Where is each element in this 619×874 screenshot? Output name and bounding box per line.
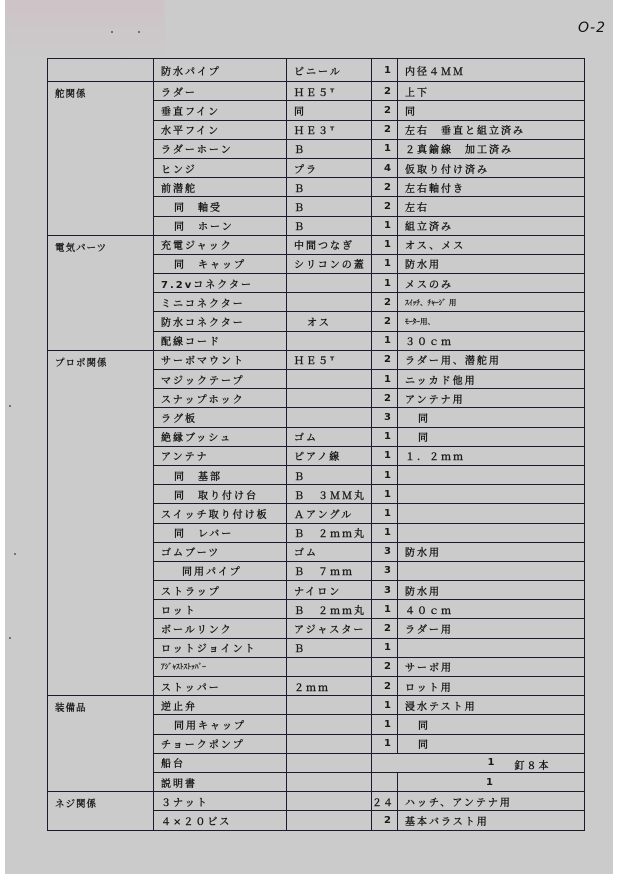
- material-cell: Ｂ: [287, 216, 372, 235]
- part-name-cell: 同 レバー: [154, 523, 287, 542]
- note-cell: 同: [398, 408, 585, 427]
- note-cell: 同: [398, 101, 585, 120]
- qty-cell: 1: [372, 600, 398, 619]
- part-name-cell: ラダー: [154, 82, 287, 101]
- material-cell: 同: [287, 101, 372, 120]
- material-cell: Ｂ: [287, 139, 372, 158]
- page-number: O-2: [578, 20, 606, 36]
- qty-cell: 1: [372, 370, 398, 389]
- note-cell: 浸水テスト用: [398, 696, 585, 715]
- qty-cell: 2: [372, 350, 398, 369]
- qty-cell: 1: [372, 274, 398, 293]
- part-name-cell: ロット: [154, 600, 287, 619]
- qty-cell: 2: [372, 312, 398, 331]
- note-cell: 木材1釘８本: [398, 753, 585, 772]
- part-name-cell: 絶縁ブッシュ: [154, 427, 287, 446]
- material-cell: Ａアングル: [287, 504, 372, 523]
- note-cell: アンテナ用: [398, 389, 585, 408]
- qty-cell: 2: [372, 101, 398, 120]
- qty-cell: 2: [372, 389, 398, 408]
- qty-cell: 3: [372, 581, 398, 600]
- qty-cell: 1: [372, 254, 398, 273]
- qty-cell: [372, 772, 398, 791]
- qty-cell: 1: [372, 59, 398, 82]
- material-cell: ナイロン: [287, 581, 372, 600]
- part-name-cell: 防水パイプ: [154, 59, 287, 82]
- note-cell: オス、メス: [398, 235, 585, 254]
- qty-cell: 3: [372, 561, 398, 580]
- qty-cell: 2: [372, 293, 398, 312]
- part-name-cell: 同 軸受: [154, 197, 287, 216]
- material-cell: プラ: [287, 158, 372, 177]
- category-cell: 舵関係: [48, 82, 154, 236]
- qty-cell: 1: [372, 216, 398, 235]
- material-cell: Ｂ ７ｍｍ: [287, 561, 372, 580]
- note-cell: 仮取り付け済み: [398, 158, 585, 177]
- material-cell: ＨＥ５ᵀ: [287, 350, 372, 369]
- material-cell: ＨＥ３ᵀ: [287, 120, 372, 139]
- part-name-cell: ｱｼﾞｬｽﾄｽﾄｯﾊﾟｰ: [154, 657, 287, 676]
- scan-speck: [9, 405, 11, 407]
- material-cell: [287, 408, 372, 427]
- part-name-cell: 垂直フイン: [154, 101, 287, 120]
- part-name-cell: スナップホック: [154, 389, 287, 408]
- note-cell: [398, 638, 585, 657]
- part-name-cell: 逆止弁: [154, 696, 287, 715]
- qty-cell: 2: [372, 82, 398, 101]
- qty-cell: 1: [372, 485, 398, 504]
- part-name-cell: アンテナ: [154, 446, 287, 465]
- table-row: ネジ関係３ナット２４ハッチ、アンテナ用: [48, 792, 585, 811]
- category-cell: [48, 59, 154, 82]
- note-cell: １．２ｍｍ: [398, 446, 585, 465]
- part-name-cell: 同 取り付け台: [154, 485, 287, 504]
- part-name-cell: ゴムブーツ: [154, 542, 287, 561]
- material-cell: Ｂ: [287, 465, 372, 484]
- note-cell: ロット用: [398, 677, 585, 696]
- note-cell: [398, 523, 585, 542]
- qty-cell: 2: [372, 120, 398, 139]
- material-cell: ゴム: [287, 542, 372, 561]
- note-cell: ４０ｃｍ: [398, 600, 585, 619]
- material-cell: [287, 772, 372, 791]
- material-cell: ２ｍｍ: [287, 677, 372, 696]
- material-cell: シリコンの蓋: [287, 254, 372, 273]
- qty-cell: 1: [372, 696, 398, 715]
- qty-cell: 1: [372, 427, 398, 446]
- scan-speck: [111, 31, 113, 33]
- qty-cell: 3: [372, 408, 398, 427]
- scan-shading: [5, 0, 165, 60]
- qty-cell: 2: [372, 178, 398, 197]
- part-name-cell: ヒンジ: [154, 158, 287, 177]
- scan-speck: [9, 637, 11, 639]
- note-cell: ２真鍮線 加工済み: [398, 139, 585, 158]
- note-cell: 上下: [398, 82, 585, 101]
- table-row: 装備品逆止弁1浸水テスト用: [48, 696, 585, 715]
- note-cell: [398, 485, 585, 504]
- part-name-cell: ラグ板: [154, 408, 287, 427]
- material-cell: [287, 792, 372, 811]
- qty-cell: 1: [372, 446, 398, 465]
- table-row: プロポ関係サーボマウントＨＥ５ᵀ2ラダー用、潜舵用: [48, 350, 585, 369]
- qty-cell: 1: [372, 523, 398, 542]
- qty-cell: 1: [372, 504, 398, 523]
- qty-cell: 4: [372, 158, 398, 177]
- note-cell: ラダー用: [398, 619, 585, 638]
- table-row: 電気パーツ充電ジャック中間つなぎ1オス、メス: [48, 235, 585, 254]
- part-name-cell: ストッパー: [154, 677, 287, 696]
- qty-cell: 1: [372, 734, 398, 753]
- qty-cell: 2: [372, 619, 398, 638]
- material-cell: [287, 274, 372, 293]
- qty-text: 1: [488, 757, 497, 768]
- material-cell: [287, 811, 372, 830]
- part-name-cell: 同 基部: [154, 465, 287, 484]
- note-cell: 防水用: [398, 542, 585, 561]
- note-cell: サーボ用: [398, 657, 585, 676]
- material-cell: [287, 370, 372, 389]
- note-cell: 同: [398, 734, 585, 753]
- table-row: 舵関係ラダーＨＥ５ᵀ2上下: [48, 82, 585, 101]
- part-name-cell: 水平フイン: [154, 120, 287, 139]
- category-cell: プロポ関係: [48, 350, 154, 695]
- note-cell: 左右軸付き: [398, 178, 585, 197]
- category-cell: ネジ関係: [48, 792, 154, 830]
- material-cell: ビニール: [287, 59, 372, 82]
- part-name-cell: ４×２０ビス: [154, 811, 287, 830]
- material-cell: [287, 753, 372, 772]
- note-cell: ｽｲｯﾁ、ﾁｬｰｼﾞ 用: [398, 293, 585, 312]
- parts-table-body: 防水パイプビニール1内径４ＭＭ舵関係ラダーＨＥ５ᵀ2上下垂直フイン同2同水平フイ…: [48, 59, 585, 831]
- part-name-cell: サーボマウント: [154, 350, 287, 369]
- material-cell: オス: [287, 312, 372, 331]
- material-cell: [287, 715, 372, 734]
- part-name-cell: マジックテープ: [154, 370, 287, 389]
- note-cell: 同: [398, 427, 585, 446]
- part-name-cell: ３ナット: [154, 792, 287, 811]
- part-name-cell: 防水コネクター: [154, 312, 287, 331]
- part-name-cell: スイッチ取り付け板: [154, 504, 287, 523]
- note-cell: 内径４ＭＭ: [398, 59, 585, 82]
- category-cell: 電気パーツ: [48, 235, 154, 350]
- material-cell: Ｂ: [287, 178, 372, 197]
- qty-cell: 1: [372, 465, 398, 484]
- category-cell: 装備品: [48, 696, 154, 792]
- parts-list-table: 防水パイプビニール1内径４ＭＭ舵関係ラダーＨＥ５ᵀ2上下垂直フイン同2同水平フイ…: [47, 58, 585, 831]
- note-cell: メスのみ: [398, 274, 585, 293]
- part-name-cell: ストラップ: [154, 581, 287, 600]
- part-name-cell: 前潜舵: [154, 178, 287, 197]
- note-cell: ﾓｰﾀｰ用、: [398, 312, 585, 331]
- material-cell: Ｂ: [287, 638, 372, 657]
- note-cell: 防水用: [398, 254, 585, 273]
- part-name-cell: チョークポンプ: [154, 734, 287, 753]
- qty-cell: ２４: [372, 792, 398, 811]
- material-cell: Ｂ ３ＭＭ丸: [287, 485, 372, 504]
- note-cell: ３０ｃｍ: [398, 331, 585, 350]
- material-cell: [287, 331, 372, 350]
- material-cell: [287, 389, 372, 408]
- part-name-cell: 7.2vコネクター: [154, 274, 287, 293]
- note-cell: 同: [398, 715, 585, 734]
- material-cell: [287, 696, 372, 715]
- note-cell: 左右: [398, 197, 585, 216]
- qty-cell: 1: [372, 139, 398, 158]
- qty-text: 1: [486, 777, 495, 788]
- table-row: 防水パイプビニール1内径４ＭＭ: [48, 59, 585, 82]
- scan-speck: [14, 553, 16, 555]
- part-name-cell: 船台: [154, 753, 287, 772]
- part-name-cell: 同 ホーン: [154, 216, 287, 235]
- part-name-cell: 同用キャップ: [154, 715, 287, 734]
- note-cell: ハッチ、アンテナ用: [398, 792, 585, 811]
- part-name-cell: 説明書: [154, 772, 287, 791]
- material-cell: ＨＥ５ᵀ: [287, 82, 372, 101]
- note-cell: 基本バラスト用: [398, 811, 585, 830]
- material-cell: Ｂ: [287, 197, 372, 216]
- material-cell: アジャスター: [287, 619, 372, 638]
- material-cell: Ｂ ２ｍｍ丸: [287, 523, 372, 542]
- qty-cell: 1: [372, 715, 398, 734]
- part-name-cell: ロットジョイント: [154, 638, 287, 657]
- qty-cell: 1: [372, 235, 398, 254]
- qty-cell: 2: [372, 197, 398, 216]
- qty-cell: 2: [372, 677, 398, 696]
- note-cell: [398, 504, 585, 523]
- part-name-cell: ラダーホーン: [154, 139, 287, 158]
- material-cell: 中間つなぎ: [287, 235, 372, 254]
- note-text: 釘８本: [515, 757, 551, 772]
- note-cell: ニッカド他用: [398, 370, 585, 389]
- part-name-cell: 配線コード: [154, 331, 287, 350]
- material-cell: Ｂ ２ｍｍ丸: [287, 600, 372, 619]
- note-cell: [398, 561, 585, 580]
- note-cell: 組立済み: [398, 216, 585, 235]
- qty-cell: 3: [372, 542, 398, 561]
- scan-speck: [138, 31, 140, 33]
- note-cell: 防水用: [398, 581, 585, 600]
- qty-cell: 2: [372, 657, 398, 676]
- note-cell: 1: [398, 772, 585, 791]
- qty-cell: [372, 753, 398, 772]
- material-cell: [287, 293, 372, 312]
- qty-cell: 1: [372, 638, 398, 657]
- note-cell: ラダー用、潜舵用: [398, 350, 585, 369]
- part-name-cell: ミニコネクター: [154, 293, 287, 312]
- note-cell: [398, 465, 585, 484]
- qty-cell: 1: [372, 331, 398, 350]
- part-name-cell: 同用パイプ: [154, 561, 287, 580]
- material-cell: [287, 734, 372, 753]
- material-cell: [287, 657, 372, 676]
- note-cell: 左右 垂直と組立済み: [398, 120, 585, 139]
- material-cell: ゴム: [287, 427, 372, 446]
- part-name-cell: 同 キャップ: [154, 254, 287, 273]
- qty-cell: 2: [372, 811, 398, 830]
- part-name-cell: ボールリンク: [154, 619, 287, 638]
- part-name-cell: 充電ジャック: [154, 235, 287, 254]
- material-cell: ピアノ線: [287, 446, 372, 465]
